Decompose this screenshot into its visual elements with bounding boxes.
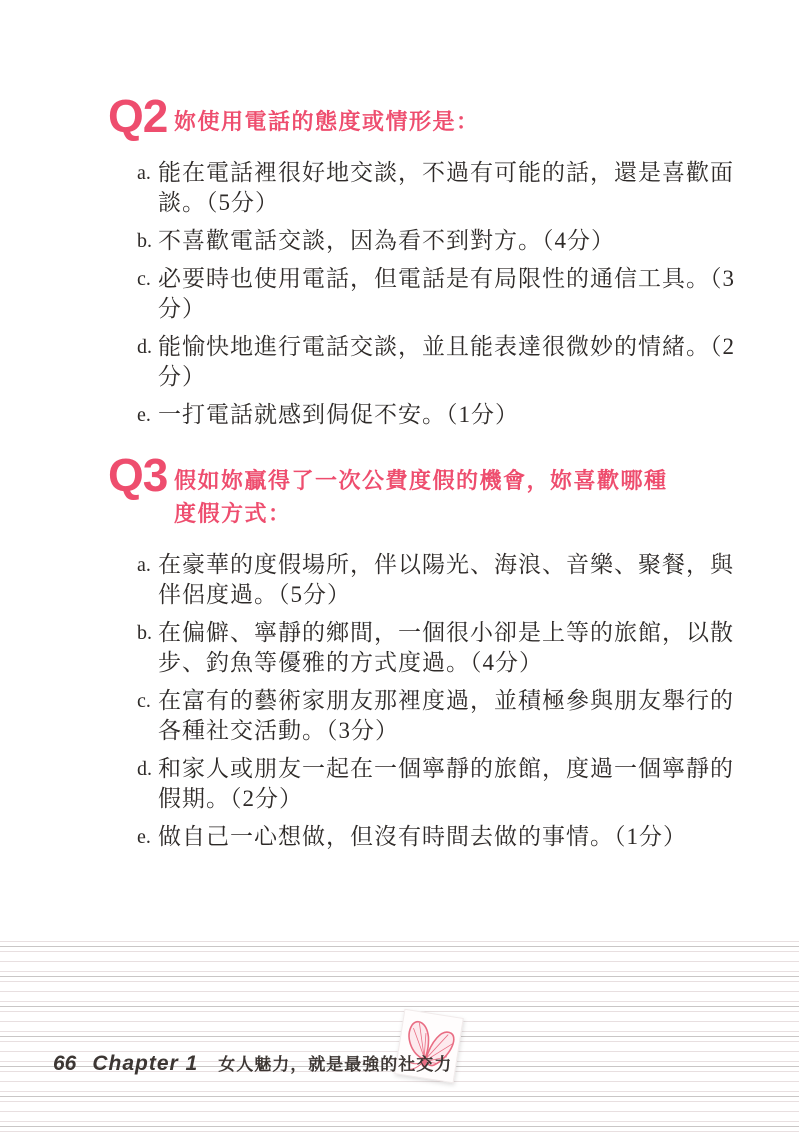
question-number: Q2 — [108, 95, 174, 137]
option-text: 在富有的藝術家朋友那裡度過，並積極參與朋友舉行的各種社交活動。（3分） — [158, 686, 738, 746]
option-a: a. 能在電話裡很好地交談，不過有可能的話，還是喜歡面談。（5分） — [137, 158, 799, 218]
option-d: d. 能愉快地進行電話交談，並且能表達很微妙的情緒。（2分） — [137, 332, 799, 392]
chapter-title: 女人魅力，就是最強的社交力 — [218, 1050, 452, 1075]
options-list: a. 在豪華的度假場所，伴以陽光、海浪、音樂、聚餐，與伴侶度過。（5分） b. … — [137, 550, 799, 852]
chapter-label: Chapter 1 — [92, 1052, 198, 1076]
option-label: b. — [137, 618, 158, 678]
option-b: b. 不喜歡電話交談，因為看不到對方。（4分） — [137, 226, 799, 256]
page-content: Q2 妳使用電話的態度或情形是： a. 能在電話裡很好地交談，不過有可能的話，還… — [0, 0, 799, 1135]
page-footer: 66 Chapter 1 女人魅力，就是最強的社交力 — [53, 1050, 452, 1076]
option-label: e. — [137, 822, 158, 852]
page-number: 66 — [53, 1052, 76, 1076]
option-text: 在偏僻、寧靜的鄉間，一個很小卻是上等的旅館，以散步、釣魚等優雅的方式度過。（4分… — [158, 618, 738, 678]
option-label: d. — [137, 754, 158, 814]
options-list: a. 能在電話裡很好地交談，不過有可能的話，還是喜歡面談。（5分） b. 不喜歡… — [137, 158, 799, 430]
option-text: 做自己一心想做，但沒有時間去做的事情。（1分） — [158, 822, 738, 852]
question-block-q3: Q3 假如妳贏得了一次公費度假的機會，妳喜歡哪種度假方式： a. 在豪華的度假場… — [108, 454, 799, 852]
question-header: Q2 妳使用電話的態度或情形是： — [108, 95, 799, 138]
option-c: c. 必要時也使用電話，但電話是有局限性的通信工具。（3分） — [137, 264, 799, 324]
option-e: e. 一打電話就感到侷促不安。（1分） — [137, 400, 799, 430]
option-c: c. 在富有的藝術家朋友那裡度過，並積極參與朋友舉行的各種社交活動。（3分） — [137, 686, 799, 746]
question-block-q2: Q2 妳使用電話的態度或情形是： a. 能在電話裡很好地交談，不過有可能的話，還… — [108, 0, 799, 430]
option-text: 必要時也使用電話，但電話是有局限性的通信工具。（3分） — [158, 264, 738, 324]
option-text: 能在電話裡很好地交談，不過有可能的話，還是喜歡面談。（5分） — [158, 158, 738, 218]
question-title: 妳使用電話的態度或情形是： — [174, 95, 674, 138]
option-text: 能愉快地進行電話交談，並且能表達很微妙的情緒。（2分） — [158, 332, 738, 392]
option-text: 在豪華的度假場所，伴以陽光、海浪、音樂、聚餐，與伴侶度過。（5分） — [158, 550, 738, 610]
option-text: 一打電話就感到侷促不安。（1分） — [158, 400, 738, 430]
option-label: a. — [137, 158, 158, 218]
question-header: Q3 假如妳贏得了一次公費度假的機會，妳喜歡哪種度假方式： — [108, 454, 799, 530]
book-page: Q2 妳使用電話的態度或情形是： a. 能在電話裡很好地交談，不過有可能的話，還… — [0, 0, 799, 1135]
option-label: e. — [137, 400, 158, 430]
option-b: b. 在偏僻、寧靜的鄉間，一個很小卻是上等的旅館，以散步、釣魚等優雅的方式度過。… — [137, 618, 799, 678]
option-e: e. 做自己一心想做，但沒有時間去做的事情。（1分） — [137, 822, 799, 852]
option-label: b. — [137, 226, 158, 256]
option-text: 和家人或朋友一起在一個寧靜的旅館，度過一個寧靜的假期。（2分） — [158, 754, 738, 814]
option-label: a. — [137, 550, 158, 610]
option-label: d. — [137, 332, 158, 392]
option-text: 不喜歡電話交談，因為看不到對方。（4分） — [158, 226, 738, 256]
option-label: c. — [137, 686, 158, 746]
question-title: 假如妳贏得了一次公費度假的機會，妳喜歡哪種度假方式： — [174, 454, 674, 530]
option-d: d. 和家人或朋友一起在一個寧靜的旅館，度過一個寧靜的假期。（2分） — [137, 754, 799, 814]
option-label: c. — [137, 264, 158, 324]
option-a: a. 在豪華的度假場所，伴以陽光、海浪、音樂、聚餐，與伴侶度過。（5分） — [137, 550, 799, 610]
question-number: Q3 — [108, 454, 174, 496]
